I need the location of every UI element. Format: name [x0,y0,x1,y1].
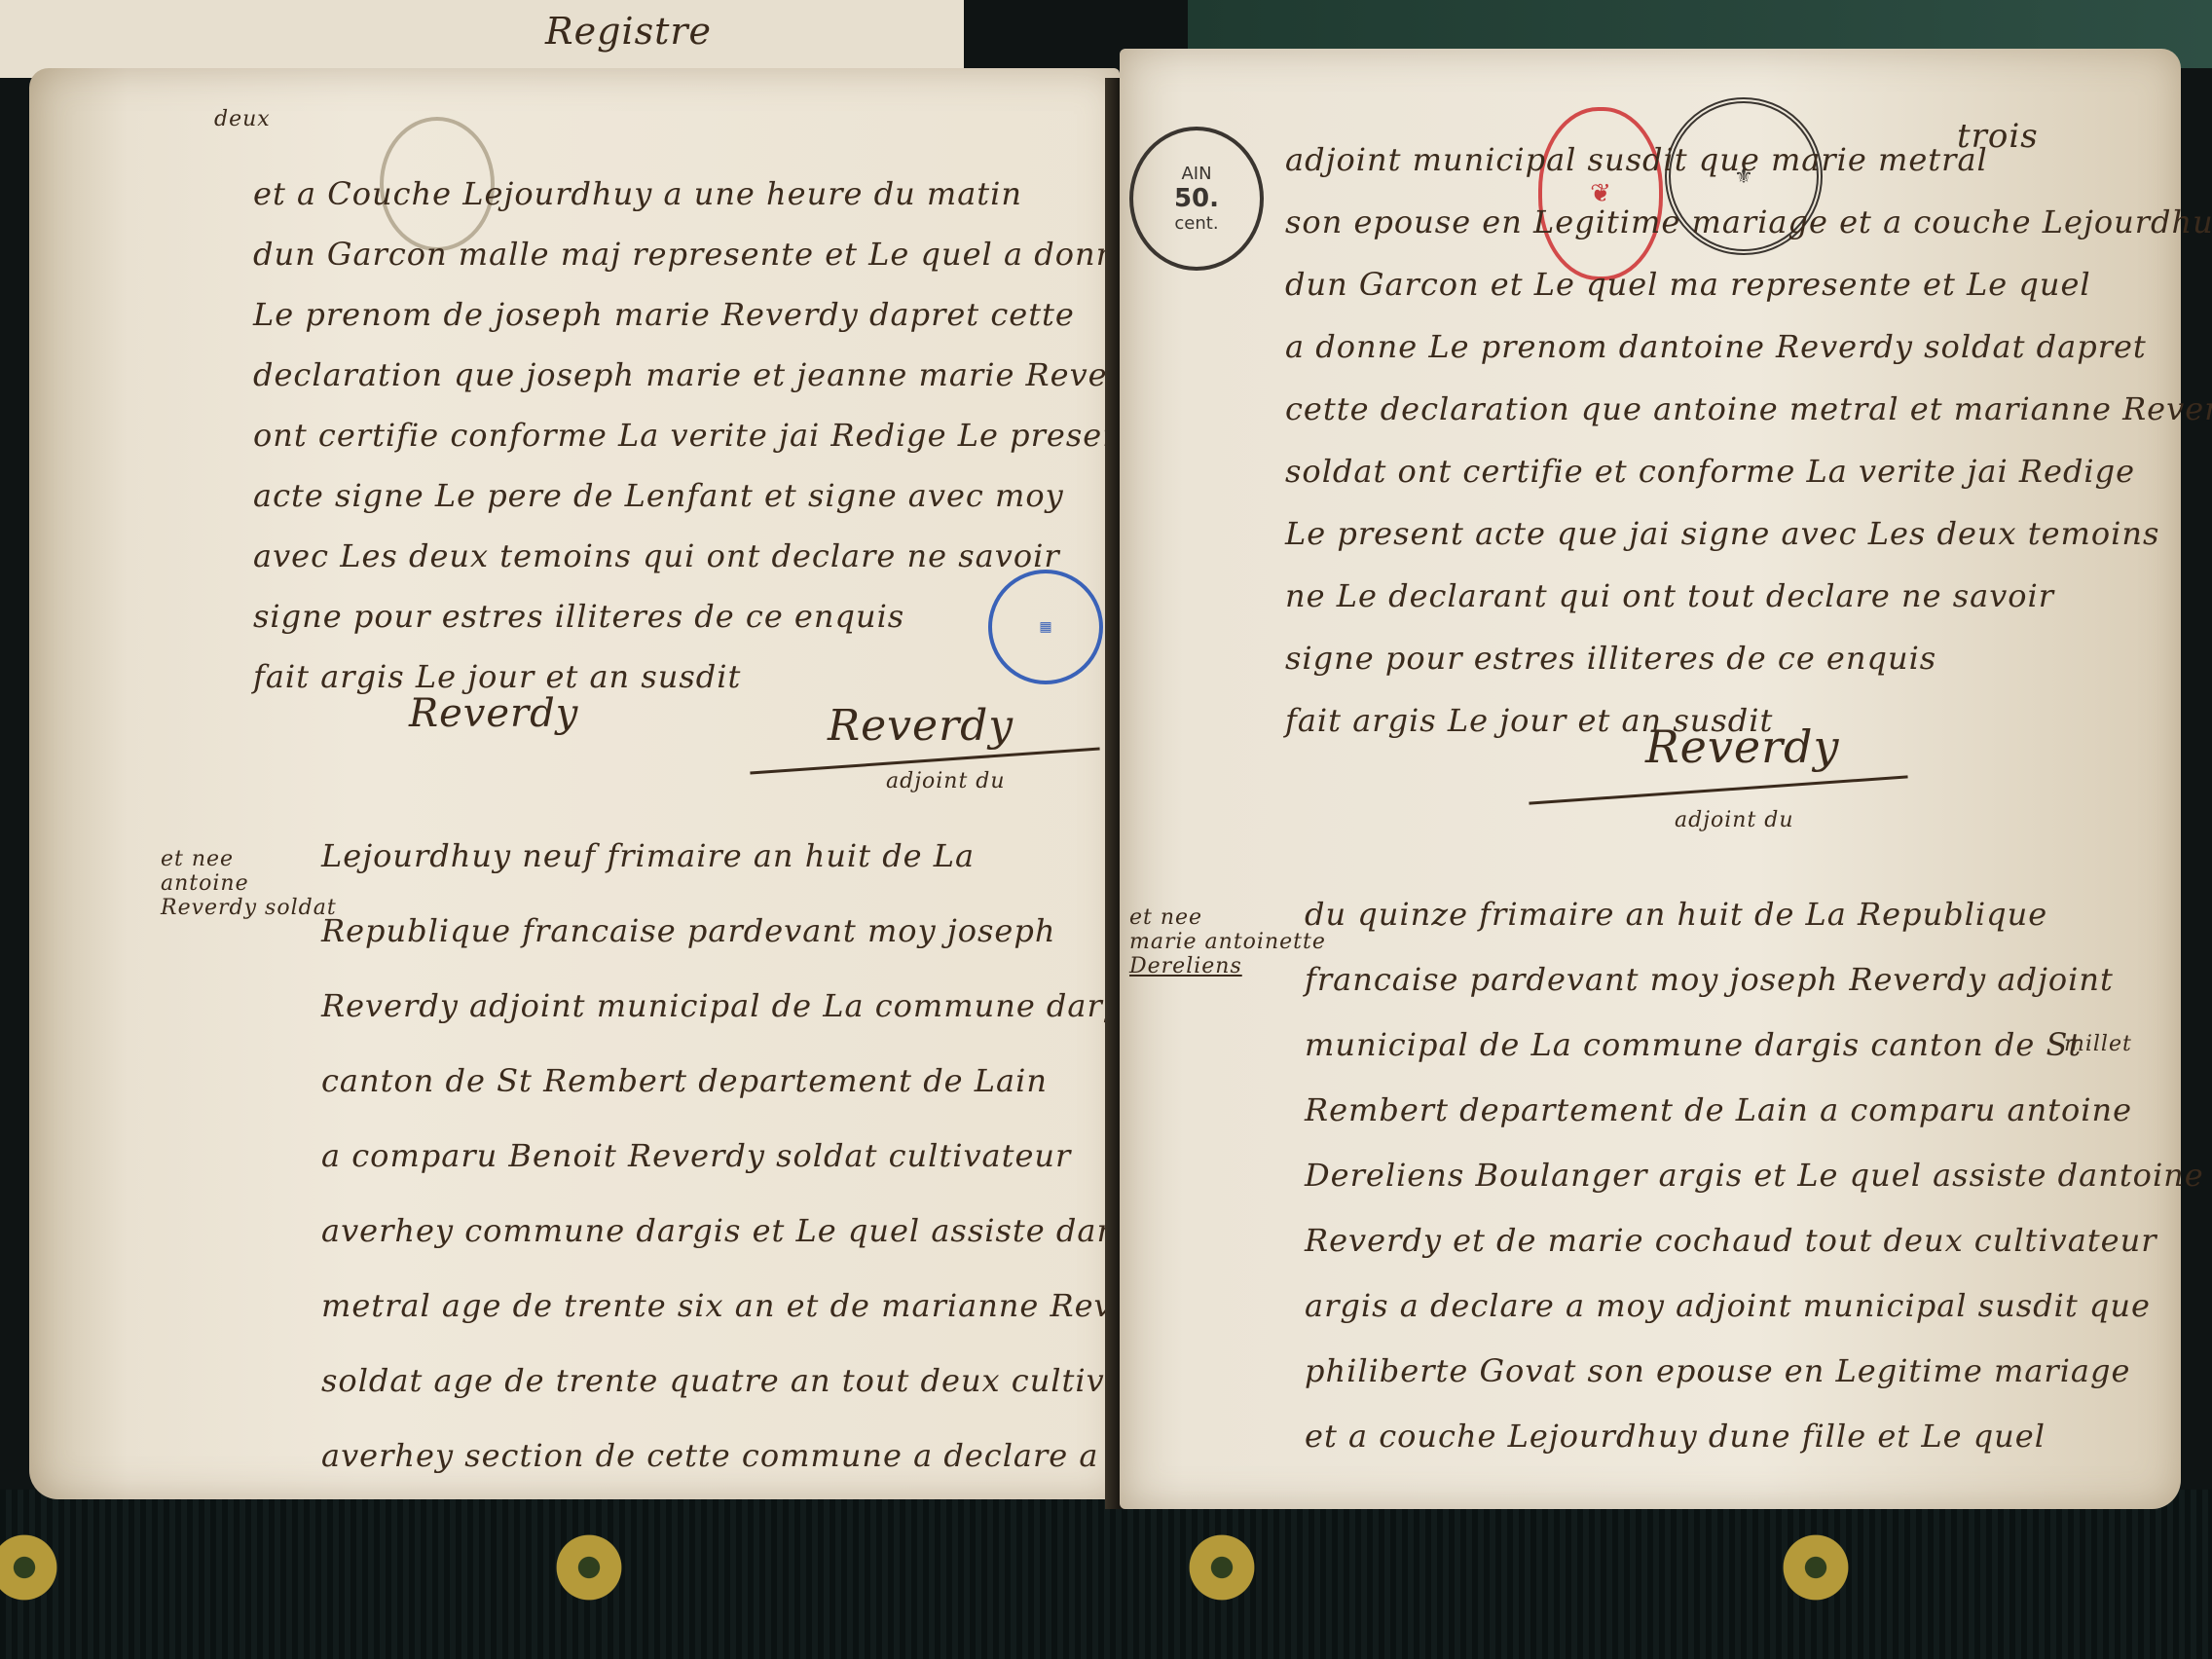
signature: Reverdy [1645,720,1840,773]
handwritten-line: son epouse en Legitime mariage et a couc… [1285,203,2212,240]
handwritten-line: acte signe Le pere de Lenfant et signe a… [253,477,1064,514]
handwritten-line: et a couche Lejourdhuy dune fille et Le … [1305,1418,2046,1455]
flower-pattern-icon [0,1529,68,1606]
background-label: Registre [545,10,712,53]
handwritten-line: a comparu Benoit Reverdy soldat cultivat… [321,1137,1071,1174]
right-page: trois AIN 50. cent. ❦ ⚜ adjoint municipa… [1120,49,2181,1509]
handwritten-line: ont certifie conforme La verite jai Redi… [253,417,1137,454]
signature-title: adjoint du [886,769,1006,793]
tablecloth [0,1490,2212,1659]
red-seal-stamp: ❦ [1538,107,1663,280]
handwritten-line: fait argis Le jour et an susdit [253,658,741,695]
handwritten-line: declaration que joseph marie et jeanne m… [253,356,1162,393]
handwritten-line: et a Couche Lejourdhuy a une heure du ma… [253,175,1022,212]
signature-left: Reverdy [409,691,578,736]
handwritten-line: avec Les deux temoins qui ont declare ne… [253,537,1060,574]
handwritten-line: a donne Le prenom dantoine Reverdy solda… [1285,328,2147,365]
handwritten-line: Lejourdhuy neuf frimaire an huit de La [321,837,975,874]
signature-right: Reverdy [828,701,1014,751]
handwritten-line: du quinze frimaire an huit de La Republi… [1305,896,2047,933]
handwritten-line: Republique francaise pardevant moy josep… [321,912,1055,949]
handwritten-line: Le present acte que jai signe avec Les d… [1285,515,2159,552]
handwritten-line: soldat ont certifie et conforme La verit… [1285,453,2135,490]
signature-flourish [1529,775,1907,804]
margin-note: et nee marie antoinette Dereliens [1129,905,1326,978]
handwritten-line: Reverdy et de marie cochaud tout deux cu… [1305,1222,2157,1259]
tax-stamp: AIN 50. cent. [1129,127,1264,271]
handwritten-line: francaise pardevant moy joseph Reverdy a… [1305,961,2114,998]
page-number: deux [214,107,271,131]
handwritten-line: ne Le declarant qui ont tout declare ne … [1285,577,2054,614]
handwritten-line: metral age de trente six an et de marian… [321,1287,1187,1324]
handwritten-line: signe pour estres illiteres de ce enquis [1285,640,1936,677]
handwritten-line: signe pour estres illiteres de ce enquis [253,598,904,635]
signature-title: adjoint du [1675,808,1794,832]
flower-pattern-icon [1178,1529,1266,1606]
handwritten-line: philiberte Govat son epouse en Legitime … [1305,1352,2130,1389]
handwritten-line: dun Garcon et Le quel ma represente et L… [1285,266,2091,303]
handwritten-line: canton de St Rembert departement de Lain [321,1062,1048,1099]
handwritten-line: averhey commune dargis et Le quel assist… [321,1212,1202,1249]
blue-seal-stamp: ▦ [988,570,1103,684]
handwritten-line: Rembert departement de Lain a comparu an… [1305,1091,2132,1128]
flower-pattern-icon [545,1529,633,1606]
background-register-sheet: Registre [0,0,964,78]
left-page: deux et a Couche Lejourdhuy a une heure … [29,68,1120,1499]
margin-note: et nee antoine Reverdy soldat [161,847,337,920]
handwritten-line: soldat age de trente quatre an tout deux… [321,1362,1194,1399]
handwritten-line: Reverdy adjoint municipal de La commune … [321,987,1152,1024]
handwritten-line: Le prenom de joseph marie Reverdy dapret… [253,296,1075,333]
handwritten-line: municipal de La commune dargis canton de… [1305,1026,2082,1063]
handwritten-line: Dereliens Boulanger argis et Le quel ass… [1305,1157,2204,1194]
handwritten-line: argis a declare a moy adjoint municipal … [1305,1287,2151,1324]
handwritten-line: averhey section de cette commune a decla… [321,1437,1178,1474]
handwritten-line: cette declaration que antoine metral et … [1285,390,2212,427]
handwritten-line: dun Garcon malle maj represente et Le qu… [253,236,1136,273]
flower-pattern-icon [1772,1529,1860,1606]
handwritten-line: adjoint municipal susdit que marie metra… [1285,141,1988,178]
